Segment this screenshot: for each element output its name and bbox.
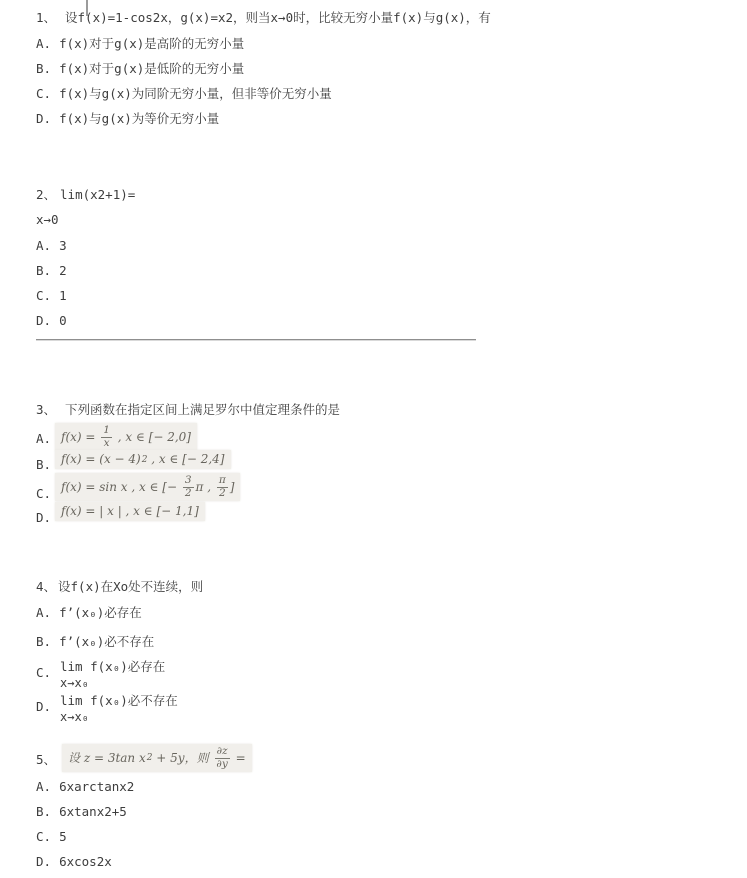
question-1-title: 1、设f(x)=1-cos2x，g(x)=x2，则当x→0时，比较无穷小量f(x… <box>36 10 491 25</box>
question-5-number: 5、 <box>36 752 56 767</box>
option-text: 1 <box>59 288 67 303</box>
question-1-number: 1、 <box>36 10 56 25</box>
option-label: B. <box>36 457 51 472</box>
limit-expression: lim f(x₀)必存在 <box>60 659 165 675</box>
option-label: C. <box>36 486 51 501</box>
option-label: A. <box>36 238 51 253</box>
option-text: f(x)与g(x)为同阶无穷小量，但非等价无穷小量 <box>59 86 332 101</box>
option-text: f’(x₀)必不存在 <box>59 634 154 649</box>
option-label: B. <box>36 263 51 278</box>
question-3-option-a-formula: f(x) = 1x , x ∈ [− 2,0] <box>55 423 197 451</box>
formula-text: f(x) = | x | , x ∈ [− 1,1] <box>61 504 199 519</box>
formula-text: , x ∈ [− 2,4] <box>147 452 224 467</box>
question-5-formula: 设 z = 3tan x2 + 5y，则 ∂z∂y = <box>62 744 252 772</box>
option-label: A. <box>36 779 51 794</box>
question-1-option-c: C.f(x)与g(x)为同阶无穷小量，但非等价无穷小量 <box>36 86 332 101</box>
option-text: 5 <box>59 829 67 844</box>
question-4-text: 设f(x)在Xo处不连续，则 <box>58 579 203 594</box>
question-1-option-b: B.f(x)对于g(x)是低阶的无穷小量 <box>36 61 244 76</box>
option-label: B. <box>36 804 51 819</box>
limit-subscript: x→x₀ <box>60 709 178 725</box>
option-label: C. <box>36 665 51 680</box>
question-2-limit-line: x→0 <box>36 212 59 227</box>
option-label: D. <box>36 854 51 869</box>
question-4-option-c-limit: lim f(x₀)必存在 x→x₀ <box>60 659 165 691</box>
question-4-option-b: B.f’(x₀)必不存在 <box>36 634 154 649</box>
question-3-option-b-formula: f(x) = (x − 4)2 , x ∈ [− 2,4] <box>55 450 231 469</box>
option-label: A. <box>36 605 51 620</box>
question-3-option-c-formula: f(x) = sin x , x ∈ [− 32π , π2] <box>55 473 240 501</box>
formula-text: = <box>232 751 246 766</box>
formula-text: + 5y，则 <box>152 751 212 766</box>
option-text: 6xarctanx2 <box>59 779 134 794</box>
question-5-option-d: D.6xcos2x <box>36 854 112 869</box>
formula-text: 设 z = 3tan x <box>68 751 146 766</box>
option-label: C. <box>36 86 51 101</box>
question-1-option-a: A.f(x)对于g(x)是高阶的无穷小量 <box>36 36 244 51</box>
formula-text: f(x) = (x − 4) <box>61 452 141 467</box>
question-1-option-d: D.f(x)与g(x)为等价无穷小量 <box>36 111 219 126</box>
option-label: A. <box>36 431 51 446</box>
option-label: B. <box>36 61 51 76</box>
question-5-option-a: A.6xarctanx2 <box>36 779 134 794</box>
question-3-option-d-formula: f(x) = | x | , x ∈ [− 1,1] <box>55 502 205 521</box>
option-label: B. <box>36 634 51 649</box>
option-text: 6xtanx2+5 <box>59 804 127 819</box>
question-5-option-b: B.6xtanx2+5 <box>36 804 127 819</box>
question-2-option-a: A.3 <box>36 238 67 253</box>
question-4-option-d-limit: lim f(x₀)必不存在 x→x₀ <box>60 693 178 725</box>
question-3-text: 下列函数在指定区间上满足罗尔中值定理条件的是 <box>65 402 340 417</box>
formula-text: , x ∈ [− 2,0] <box>114 430 191 445</box>
question-2-option-d: D.0 <box>36 313 67 328</box>
option-text: 3 <box>59 238 67 253</box>
question-1-text: 设f(x)=1-cos2x，g(x)=x2，则当x→0时，比较无穷小量f(x)与… <box>65 10 491 25</box>
option-text: f(x)对于g(x)是高阶的无穷小量 <box>59 36 244 51</box>
option-text: 2 <box>59 263 67 278</box>
option-text: f(x)对于g(x)是低阶的无穷小量 <box>59 61 244 76</box>
question-4-option-d-label: D. <box>36 699 59 714</box>
option-label: D. <box>36 699 51 714</box>
question-4-title: 4、设f(x)在Xo处不连续，则 <box>36 579 203 594</box>
option-label: D. <box>36 510 51 525</box>
option-label: D. <box>36 111 51 126</box>
question-4-option-c-label: C. <box>36 665 59 680</box>
option-label: A. <box>36 36 51 51</box>
question-2-title: 2、lim(x2+1)= <box>36 187 135 202</box>
question-3-title: 3、下列函数在指定区间上满足罗尔中值定理条件的是 <box>36 402 340 417</box>
fraction: 32 <box>183 475 194 499</box>
limit-subscript-line: x→0 <box>36 212 59 227</box>
question-2-text: lim(x2+1)= <box>60 187 135 202</box>
option-label: D. <box>36 313 51 328</box>
option-text: 0 <box>59 313 67 328</box>
formula-text: ] <box>230 480 235 495</box>
divider-line <box>36 339 476 341</box>
question-4-option-a: A.f’(x₀)必存在 <box>36 605 142 620</box>
question-2-number: 2、 <box>36 187 56 202</box>
fraction: π2 <box>217 475 228 499</box>
formula-text: f(x) = sin x , x ∈ [− <box>61 480 181 495</box>
question-5-option-c: C.5 <box>36 829 67 844</box>
question-5-number-line: 5、 <box>36 752 65 767</box>
formula-text: f(x) = <box>61 430 99 445</box>
formula-text: π , <box>196 480 215 495</box>
option-label: C. <box>36 829 51 844</box>
option-text: 6xcos2x <box>59 854 112 869</box>
fraction: 1x <box>101 425 112 449</box>
question-4-number: 4、 <box>36 579 56 594</box>
option-text: f(x)与g(x)为等价无穷小量 <box>59 111 219 126</box>
question-3-number: 3、 <box>36 402 56 417</box>
question-2-option-b: B.2 <box>36 263 67 278</box>
limit-expression: lim f(x₀)必不存在 <box>60 693 178 709</box>
question-2-option-c: C.1 <box>36 288 67 303</box>
option-label: C. <box>36 288 51 303</box>
partial-derivative-fraction: ∂z∂y <box>214 746 229 770</box>
option-text: f’(x₀)必存在 <box>59 605 142 620</box>
limit-subscript: x→x₀ <box>60 675 165 691</box>
